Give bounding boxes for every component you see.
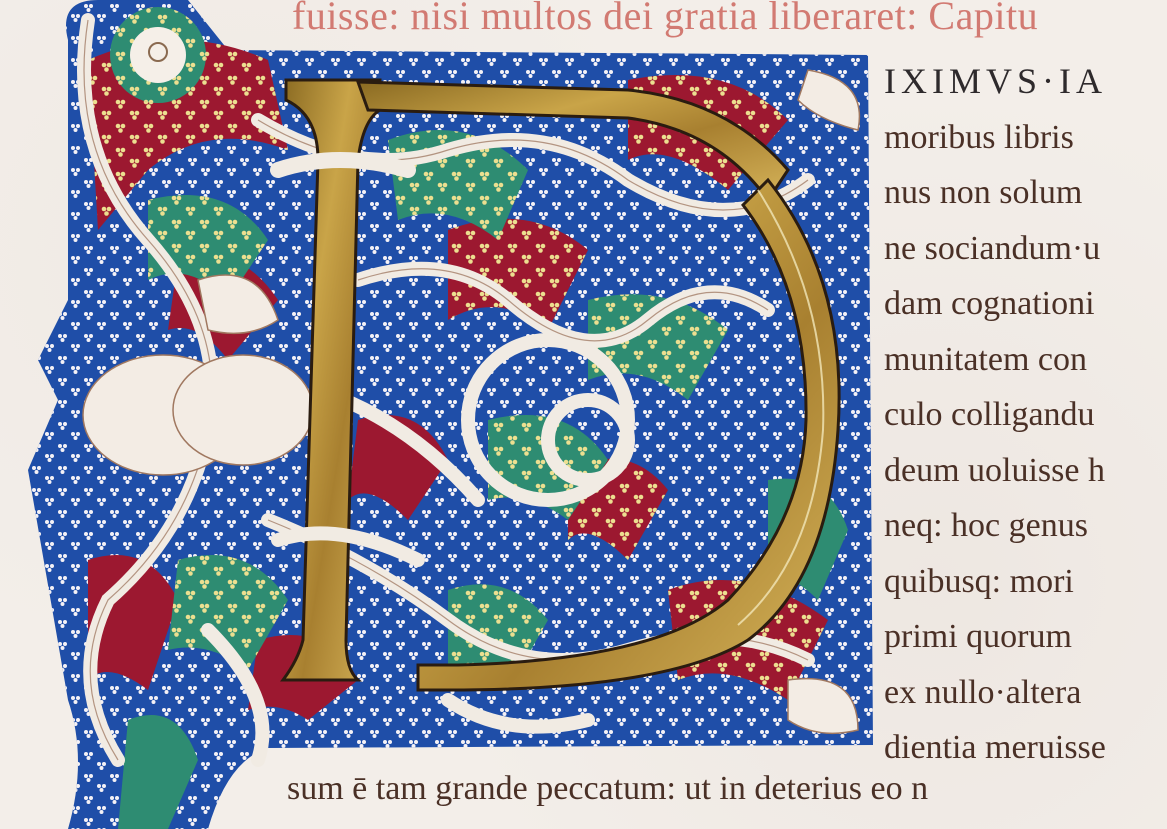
text-line-13: dientia meruisse (884, 720, 1167, 776)
manuscript-page: fuisse: nisi multos dei gratia liberaret… (0, 0, 1167, 829)
text-line-1: IXIMVS·IA (884, 54, 1167, 110)
text-line-11: primi quorum (884, 609, 1167, 665)
text-line-12: ex nullo·altera (884, 665, 1167, 721)
text-column: IXIMVS·IA moribus libris nus non solum n… (884, 54, 1167, 776)
text-line-4: ne sociandum·u (884, 221, 1167, 277)
text-line-7: culo colligandu (884, 387, 1167, 443)
text-line-2: moribus libris (884, 110, 1167, 166)
text-line-3: nus non solum (884, 165, 1167, 221)
text-line-9: neq: hoc genus (884, 498, 1167, 554)
bottom-text-line: sum ē tam grande peccatum: ut in deteriu… (287, 770, 1167, 808)
text-line-8: deum uoluisse h (884, 443, 1167, 499)
text-line-6: munitatem con (884, 332, 1167, 388)
text-line-5: dam cognationi (884, 276, 1167, 332)
illuminated-initial-artwork (28, 0, 873, 829)
illuminated-initial-d (28, 0, 873, 829)
text-line-10: quibusq: mori (884, 554, 1167, 610)
